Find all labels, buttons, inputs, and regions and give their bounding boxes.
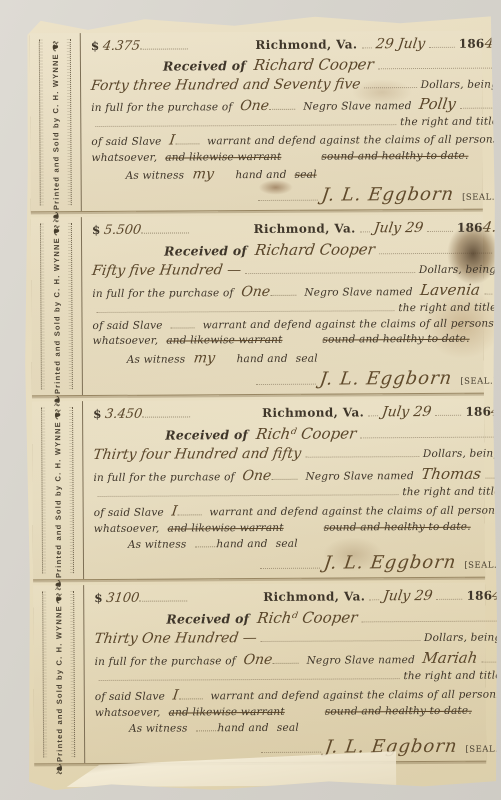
pronoun: I <box>169 133 177 149</box>
in-full-label: in full for the purchase of <box>95 655 236 668</box>
year-digit: 4 <box>490 404 501 420</box>
receipt-body: $ 3.450 Richmond, Va. July 29 186 4 Rece… <box>83 398 501 579</box>
seal-word: seal <box>296 352 318 364</box>
scroll-ornament-icon: ❧ <box>49 224 63 237</box>
likewise-warrant-struck: and likewise warrant <box>165 151 281 164</box>
receipt-slip: ❧ Printed and Sold by C. H. WYNNE ❧ $ 31… <box>33 583 486 765</box>
printer-credit: Printed and Sold by C. H. WYNNE <box>50 53 60 210</box>
likewise-warrant-struck: and likewise warrant <box>169 706 285 719</box>
printer-ornament-border: ❧ Printed and Sold by C. H. WYNNE ❧ <box>32 401 84 579</box>
amount-figures: 3100 <box>105 591 140 606</box>
amount-words-row: Thirty One Hundred — Dollars, being <box>94 629 501 647</box>
whatsoever-label: whatsoever, <box>95 707 161 719</box>
year-prefix: 186 <box>467 589 493 603</box>
amount-date-row: $ 4.375 Richmond, Va. 29 July 186 4. <box>91 36 498 54</box>
purchase-row: in full for the purchase of One Negro Sl… <box>95 648 501 668</box>
received-of-row: Received of Richᵈ Cooper <box>94 607 501 627</box>
ornament-frame: ❧ Printed and Sold by C. H. WYNNE ❧ <box>40 223 73 389</box>
signature: J. L. Eggborn <box>320 184 455 206</box>
place-label: Richmond, Va. <box>254 221 356 236</box>
scroll-ornament-icon: ❧ <box>51 592 65 605</box>
warrant-row: of said Slave I warrant and defend again… <box>94 501 501 519</box>
dollar-sign: $ <box>94 591 103 605</box>
printer-credit: Printed and Sold by C. H. WYNNE <box>51 237 61 394</box>
amount-in-words: Thirty four Hundred and fifty <box>92 446 302 463</box>
amount-figures: 4.375 <box>101 39 140 54</box>
amount-words-row: Fifty five Hundred — Dollars, being <box>92 261 496 279</box>
warrant-defend-label: warrant and defend against the claims of… <box>203 317 494 331</box>
in-full-label: in full for the purchase of <box>91 101 232 114</box>
date-handwritten: 29 July <box>374 36 425 52</box>
dollars-being-label: Dollars, being <box>419 264 496 276</box>
year-digit: 4. <box>482 220 498 236</box>
amount-words-row: Forty three Hundred and Seventy five Dol… <box>91 76 498 94</box>
slave-name: Polly <box>418 95 457 113</box>
hand-and-label: hand and <box>237 352 288 364</box>
slave-name: Mariah <box>422 648 479 666</box>
warrant-row: of said Slave I warrant and defend again… <box>91 131 498 149</box>
right-title-row: the right and title <box>95 670 501 684</box>
quantity-word: One <box>239 98 270 114</box>
receipt-body: $ 4.375 Richmond, Va. 29 July 186 4. Rec… <box>81 30 501 211</box>
signature: J. L. Eggborn <box>322 552 457 574</box>
received-of-label: Received of <box>166 611 249 627</box>
ornament-frame: ❧ Printed and Sold by C. H. WYNNE ❧ <box>39 39 72 205</box>
in-full-label: in full for the purchase of <box>92 287 233 300</box>
ornament-frame: ❧ Printed and Sold by C. H. WYNNE ❧ <box>42 591 75 757</box>
dollars-being-label: Dollars, being <box>421 79 498 91</box>
printer-ornament-border: ❧ Printed and Sold by C. H. WYNNE ❧ <box>30 33 82 211</box>
sound-healthy-struck: sound and healthy to date. <box>321 150 468 163</box>
struck-clauses-row: whatsoever, and likewise warrant sound a… <box>91 150 498 164</box>
amount-date-row: $ 3100 Richmond, Va. July 29 186 4 <box>94 588 501 606</box>
receipt-slip: ❧ Printed and Sold by C. H. WYNNE ❧ $ 4.… <box>30 31 483 213</box>
amount-blank-line <box>142 416 190 417</box>
whatsoever-label: whatsoever, <box>94 523 160 535</box>
signature-row: J. L. Eggborn [SEAL.] <box>95 736 501 757</box>
right-and-title-label: the right and title <box>402 486 500 499</box>
printer-credit: Printed and Sold by C. H. WYNNE <box>53 421 63 578</box>
negro-slave-named-label: Negro Slave named <box>307 654 415 667</box>
of-said-slave-label: of said Slave <box>95 690 165 702</box>
dollars-being-label: Dollars, being <box>423 448 500 460</box>
pronoun: I <box>171 503 179 519</box>
year-prefix: 186 <box>457 221 483 235</box>
seal-label: [SEAL.] <box>465 745 501 755</box>
as-witness-label: As witness <box>127 353 186 365</box>
place-label: Richmond, Va. <box>263 589 365 604</box>
witness-row: As witness my hand and seal <box>126 165 499 183</box>
sound-healthy-struck: sound and healthy to date. <box>322 333 469 346</box>
date-handwritten: July 29 <box>381 404 432 420</box>
witness-word: my <box>192 350 215 366</box>
of-said-slave-label: of said Slave <box>92 319 162 331</box>
received-of-row: Received of Richard Cooper <box>92 239 496 259</box>
amount-in-words: Thirty One Hundred — <box>93 630 257 647</box>
struck-clauses-row: whatsoever, and likewise warrant sound a… <box>93 333 497 347</box>
amount-blank-line <box>140 48 188 49</box>
witness-row: As witness my hand and seal <box>127 348 497 366</box>
purchase-row: in full for the purchase of One Negro Sl… <box>93 464 500 484</box>
year-digit: 4. <box>483 36 499 52</box>
quantity-word: One <box>242 467 273 483</box>
amount-date-row: $ 5.500 Richmond, Va. July 29 186 4. <box>92 220 496 238</box>
receipt-slip: ❧ Printed and Sold by C. H. WYNNE ❧ $ 3.… <box>32 399 485 581</box>
seal-word: seal <box>276 537 298 549</box>
of-said-slave-label: of said Slave <box>94 506 164 518</box>
amount-blank-line <box>141 232 189 233</box>
amount-figures: 5.500 <box>103 223 142 238</box>
amount-date-row: $ 3.450 Richmond, Va. July 29 186 4 <box>93 404 500 422</box>
as-witness-label: As witness <box>129 722 188 734</box>
year-prefix: 186 <box>459 37 485 51</box>
amount-in-words: Fifty five Hundred — <box>91 262 242 279</box>
sound-healthy-struck: sound and healthy to date. <box>325 705 472 718</box>
amount-blank-line <box>139 600 187 601</box>
received-of-row: Received of Richard Cooper <box>91 55 498 75</box>
received-of-label: Received of <box>164 243 247 259</box>
struck-clauses-row: whatsoever, and likewise warrant sound a… <box>94 521 501 535</box>
photo-background: ❧ Printed and Sold by C. H. WYNNE ❧ $ 4.… <box>0 0 501 800</box>
received-of-label: Received of <box>165 427 248 443</box>
signature: J. L. Eggborn <box>318 368 453 390</box>
warrant-defend-label: warrant and defend against the claims of… <box>207 134 498 148</box>
as-witness-label: As witness <box>128 538 187 550</box>
document-sheet: ❧ Printed and Sold by C. H. WYNNE ❧ $ 4.… <box>22 9 500 794</box>
amount-words-row: Thirty four Hundred and fifty Dollars, b… <box>93 445 500 463</box>
of-said-slave-label: of said Slave <box>91 136 161 148</box>
payer-name: Richᵈ Cooper <box>256 608 359 627</box>
hand-and-label: hand and <box>218 721 269 733</box>
quantity-word: One <box>240 283 271 299</box>
warrant-row: of said Slave warrant and defend against… <box>92 317 496 331</box>
slave-name: Lavenia <box>420 280 482 298</box>
witness-row: As witness hand and seal <box>129 720 501 734</box>
scroll-ornament-icon: ❧ <box>50 408 64 421</box>
printer-ornament-border: ❧ Printed and Sold by C. H. WYNNE ❧ <box>33 585 85 763</box>
receipt-slip: ❧ Printed and Sold by C. H. WYNNE ❧ $ 5.… <box>31 215 484 397</box>
right-and-title-label: the right and title <box>403 670 501 683</box>
quantity-word: One <box>243 651 274 667</box>
whatsoever-label: whatsoever, <box>91 152 157 164</box>
warrant-defend-label: warrant and defend against the claims of… <box>210 688 501 702</box>
dollar-sign: $ <box>91 39 100 53</box>
warrant-row: of said Slave I warrant and defend again… <box>95 685 501 703</box>
year-digit: 4 <box>491 588 501 604</box>
as-witness-label: As witness <box>126 169 185 181</box>
in-full-label: in full for the purchase of <box>93 471 234 484</box>
slave-name: Thomas <box>421 464 483 482</box>
payer-name: Richard Cooper <box>253 55 375 74</box>
payer-name: Richard Cooper <box>254 240 376 259</box>
amount-figures: 3.450 <box>104 407 143 422</box>
negro-slave-named-label: Negro Slave named <box>303 100 411 113</box>
date-handwritten: July 29 <box>382 588 433 604</box>
right-and-title-label: the right and title <box>400 116 498 129</box>
dollar-sign: $ <box>92 223 101 237</box>
amount-in-words: Forty three Hundred and Seventy five <box>90 76 362 94</box>
scroll-ornament-icon: ❧ <box>48 40 62 53</box>
witness-word: my <box>191 166 214 182</box>
witness-row: As witness hand and seal <box>128 536 501 550</box>
struck-clauses-row: whatsoever, and likewise warrant sound a… <box>95 705 501 719</box>
pronoun: I <box>172 687 180 703</box>
received-of-row: Received of Richᵈ Cooper <box>93 423 500 443</box>
negro-slave-named-label: Negro Slave named <box>304 286 412 299</box>
signature-row: J. L. Eggborn [SEAL.] <box>93 368 497 389</box>
date-handwritten: July 29 <box>373 220 424 236</box>
place-label: Richmond, Va. <box>255 37 357 52</box>
receipt-body: $ 3100 Richmond, Va. July 29 186 4 Recei… <box>84 582 501 763</box>
seal-label: [SEAL.] <box>464 561 501 571</box>
year-prefix: 186 <box>465 405 491 419</box>
seal-word: seal <box>295 169 317 181</box>
seal-label: [SEAL.] <box>460 377 497 387</box>
ornament-frame: ❧ Printed and Sold by C. H. WYNNE ❧ <box>41 407 74 573</box>
dollars-being-label: Dollars, being <box>424 632 501 644</box>
place-label: Richmond, Va. <box>262 405 364 420</box>
signature-row: J. L. Eggborn [SEAL.] <box>94 552 501 573</box>
payer-name: Richᵈ Cooper <box>255 424 358 443</box>
right-and-title-label: the right and title <box>398 302 496 315</box>
right-title-row: the right and title <box>94 486 501 500</box>
right-title-row: the right and title <box>91 116 498 130</box>
signature-row: J. L. Eggborn [SEAL.] <box>92 184 499 205</box>
printer-ornament-border: ❧ Printed and Sold by C. H. WYNNE ❧ <box>31 217 83 395</box>
likewise-warrant-struck: and likewise warrant <box>166 334 282 347</box>
negro-slave-named-label: Negro Slave named <box>305 470 413 483</box>
warrant-defend-label: warrant and defend against the claims of… <box>209 504 500 518</box>
purchase-row: in full for the purchase of One Negro Sl… <box>92 280 496 300</box>
dollar-sign: $ <box>93 407 102 421</box>
scroll-ornament-icon: ❧ <box>52 763 66 776</box>
right-title-row: the right and title <box>92 302 496 316</box>
hand-and-label: hand and <box>216 537 267 549</box>
whatsoever-label: whatsoever, <box>93 335 159 347</box>
seal-label: [SEAL.] <box>462 193 499 203</box>
likewise-warrant-struck: and likewise warrant <box>167 522 283 535</box>
purchase-row: in full for the purchase of One Negro Sl… <box>91 95 498 115</box>
seal-word: seal <box>277 721 299 733</box>
receipt-body: $ 5.500 Richmond, Va. July 29 186 4. Rec… <box>82 215 501 396</box>
hand-and-label: hand and <box>235 169 286 181</box>
printer-credit: Printed and Sold by C. H. WYNNE <box>54 605 64 762</box>
received-of-label: Received of <box>163 58 246 74</box>
sound-healthy-struck: sound and healthy to date. <box>324 521 471 534</box>
